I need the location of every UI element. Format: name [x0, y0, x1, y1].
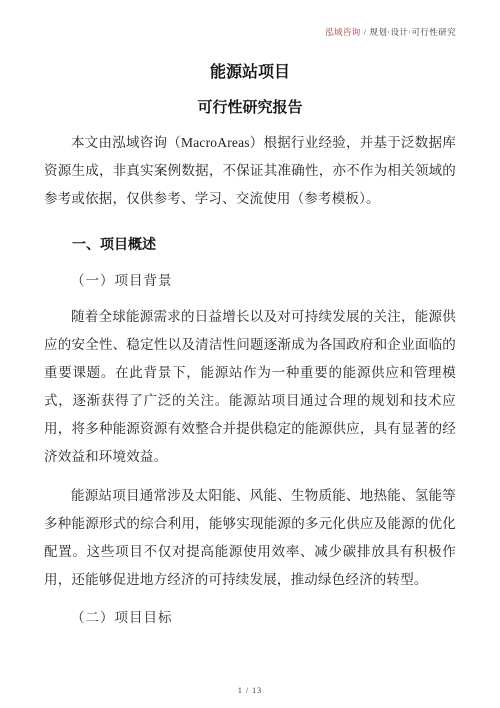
page-footer: 1 / 13 — [0, 686, 500, 695]
header-separator: / — [364, 27, 367, 37]
document-title: 能源站项目 — [44, 63, 456, 83]
header-tagline: 规划·设计·可行性研究 — [369, 27, 456, 37]
brand-name: 泓域咨询 — [325, 27, 361, 37]
document-subtitle: 可行性研究报告 — [44, 98, 456, 118]
body-paragraph-background-2: 能源站项目通常涉及太阳能、风能、生物质能、地热能、氢能等多种能源形式的综合利用，… — [44, 482, 456, 594]
disclaimer-paragraph: 本文由泓域咨询（MacroAreas）根据行业经验，并基于泛数据库资源生成，非真… — [44, 129, 456, 213]
subsection-heading-background: （一）项目背景 — [44, 270, 456, 292]
document-page: 泓域咨询/规划·设计·可行性研究 能源站项目 可行性研究报告 本文由泓域咨询（M… — [0, 0, 500, 708]
section-heading-overview: 一、项目概述 — [44, 235, 456, 257]
page-header: 泓域咨询/规划·设计·可行性研究 — [44, 0, 456, 38]
subsection-heading-goals: （二）项目目标 — [44, 607, 456, 629]
body-paragraph-background-1: 随着全球能源需求的日益增长以及对可持续发展的关注，能源供应的安全性、稳定性以及清… — [44, 303, 456, 471]
page-number: 1 / 13 — [238, 686, 262, 695]
